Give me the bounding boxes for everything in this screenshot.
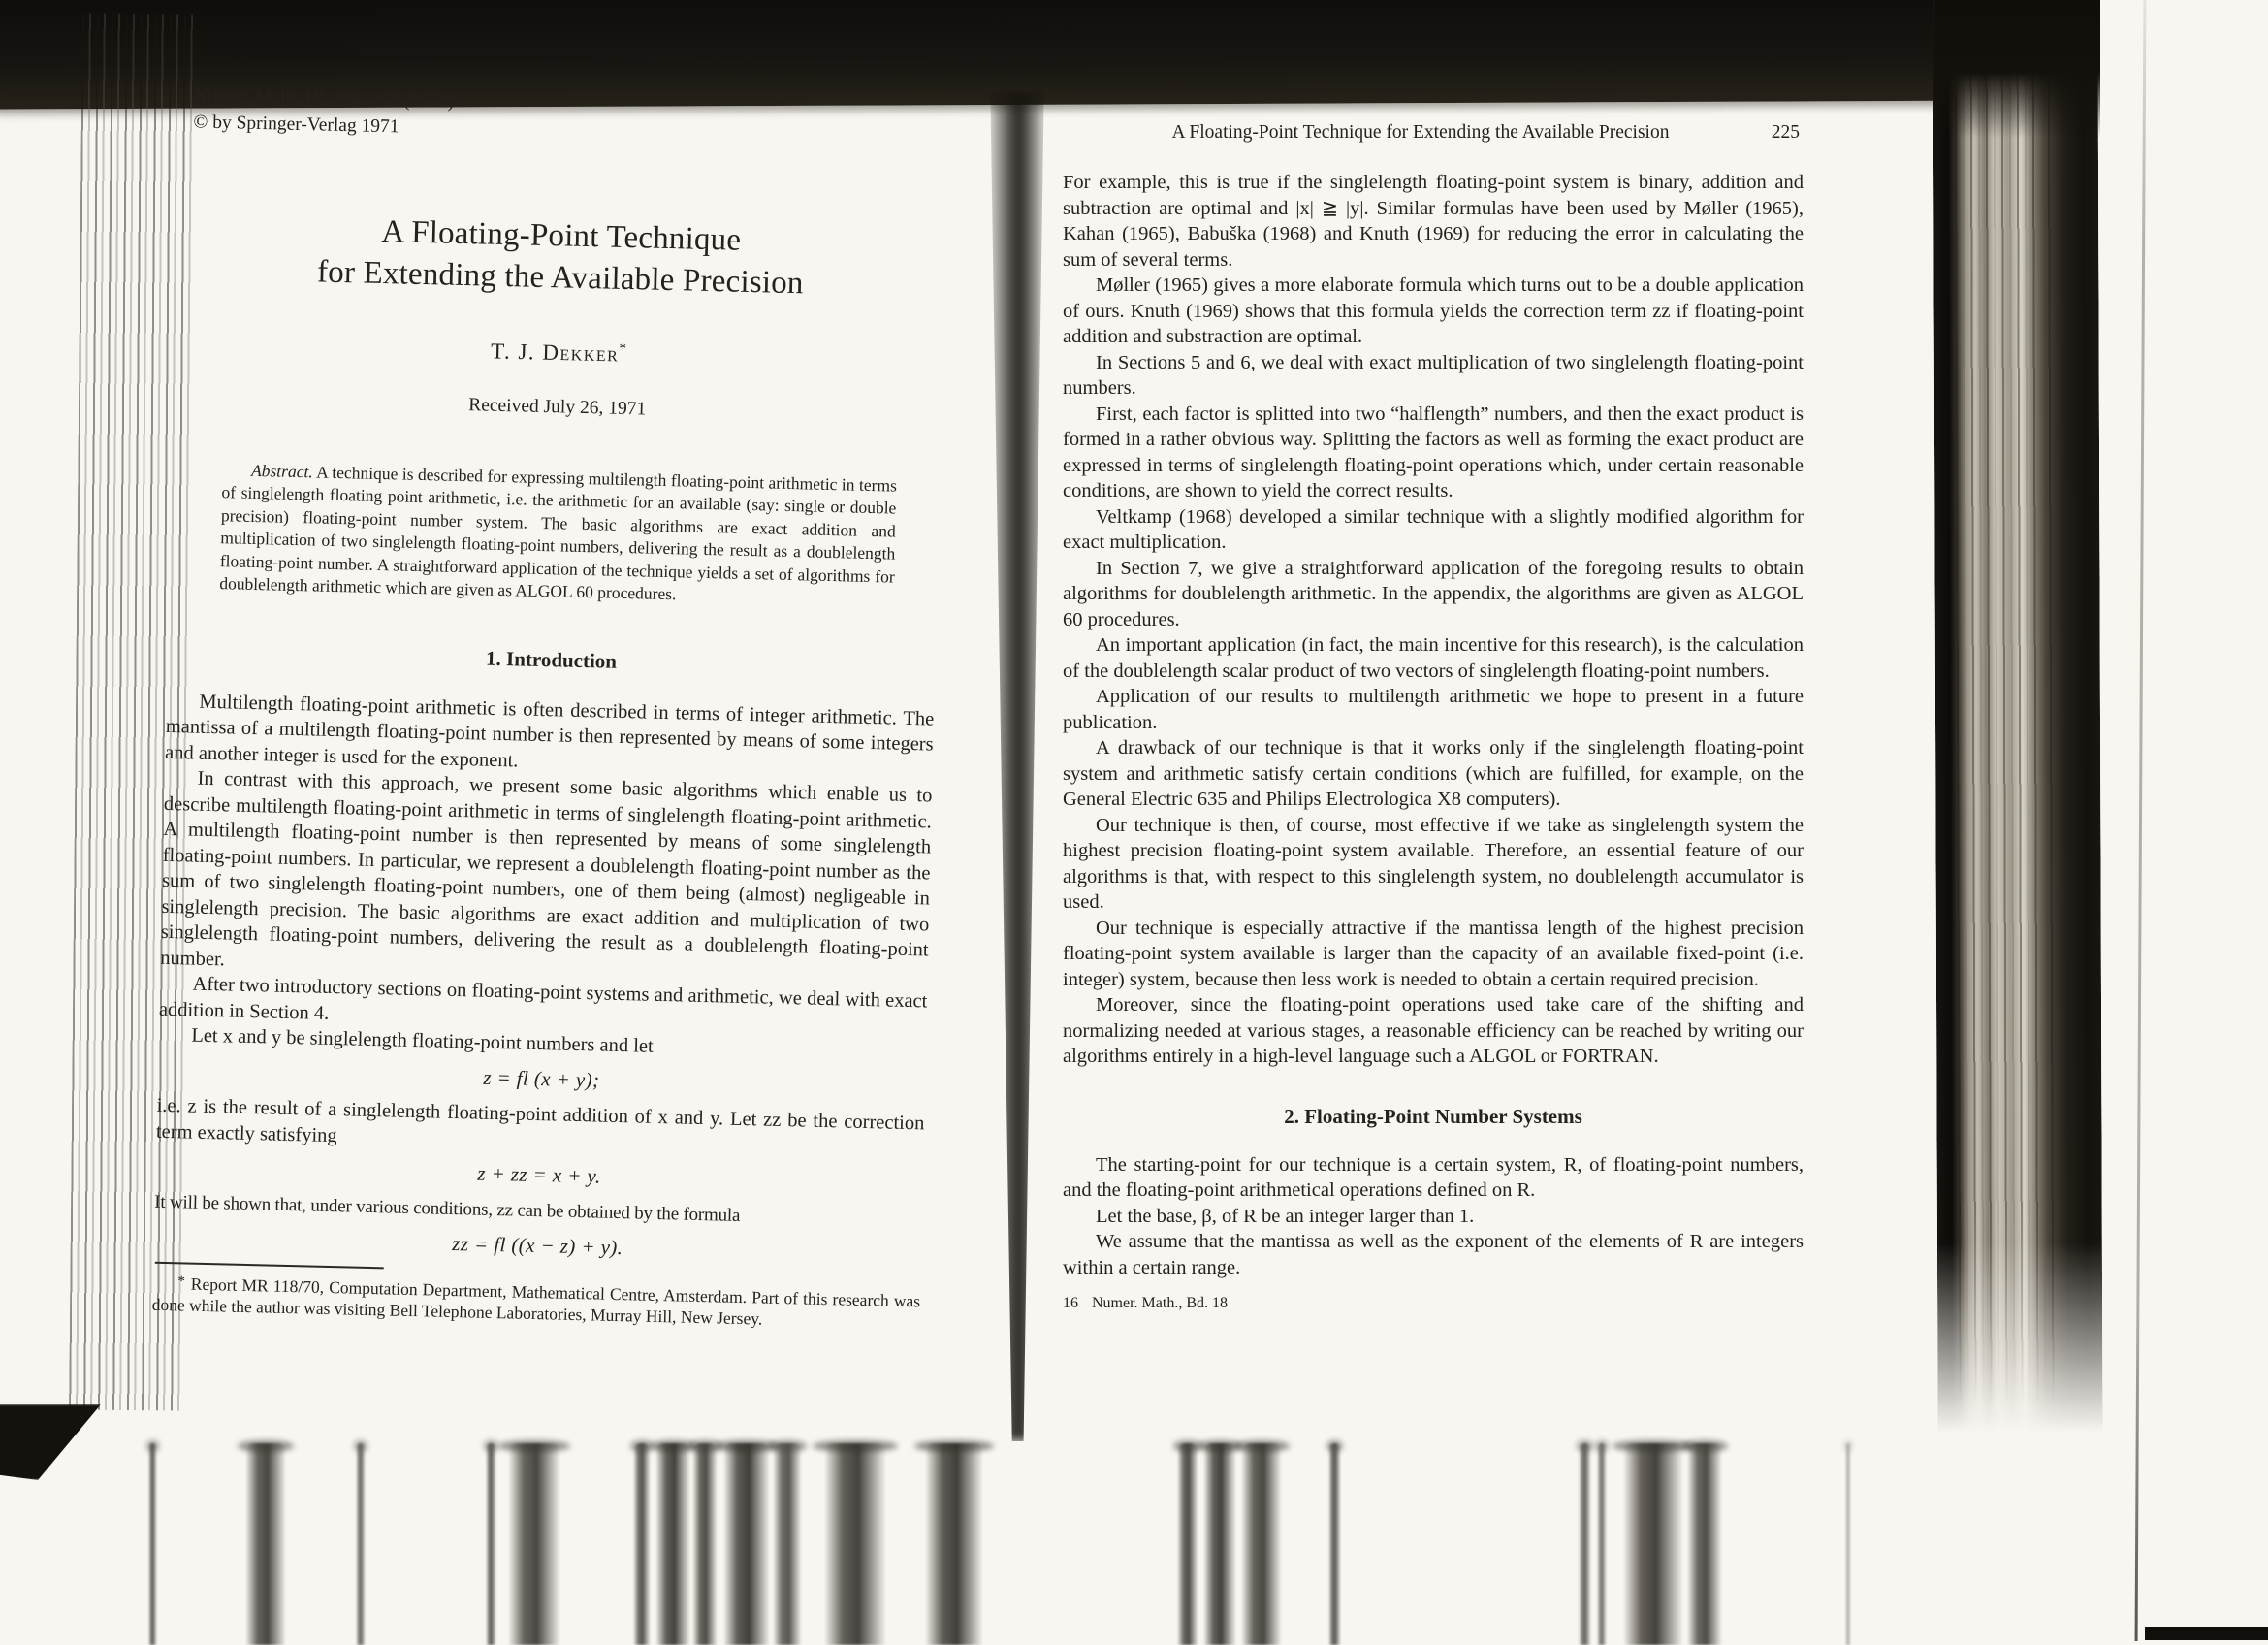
- page-edge-streak: [1845, 1443, 1851, 1645]
- paragraph: In contrast with this approach, we prese…: [160, 765, 933, 989]
- paragraph: For example, this is true if the singlel…: [1063, 170, 1804, 273]
- page-edge-streak: [486, 1443, 496, 1645]
- page-edge-streak: [1623, 1443, 1683, 1645]
- running-head: A Floating-Point Technique for Extending…: [1072, 122, 1769, 144]
- page-edge-streak: [148, 1443, 157, 1645]
- paragraph: A drawback of our technique is that it w…: [1063, 735, 1804, 813]
- bottom-page-edge-streaks: [0, 1443, 2268, 1645]
- page-edge-streak: [925, 1443, 983, 1645]
- paragraph: First, each factor is splitted into two …: [1063, 402, 1804, 504]
- paragraph: Our technique is especially attractive i…: [1063, 916, 1804, 993]
- paragraph: Moreover, since the floating-point opera…: [1063, 992, 1804, 1070]
- page-edge-streak: [1687, 1443, 1722, 1645]
- right-page-edges-cap: [1935, 0, 2100, 138]
- right-page-edges-stripes: [1954, 0, 2056, 1434]
- paragraph: In Section 7, we give a straightforward …: [1063, 556, 1804, 633]
- paragraph: Let the base, β, of R be an integer larg…: [1063, 1204, 1804, 1230]
- journal-reference: Numer. Math. 18, 224–242 (1971) © by Spr…: [193, 82, 948, 152]
- paragraph: Møller (1965) gives a more elaborate for…: [1063, 273, 1804, 350]
- footer-signature: 16: [1063, 1295, 1078, 1311]
- left-page-content: Numer. Math. 18, 224–242 (1971) © by Spr…: [152, 82, 949, 1334]
- page-edge-streak: [723, 1443, 770, 1645]
- section-heading-introduction: 1. Introduction: [167, 639, 935, 682]
- paragraph: We assume that the mantissa as well as t…: [1063, 1229, 1804, 1280]
- book-spine-shadow: [985, 91, 1049, 1441]
- page-edge-streak: [1597, 1443, 1607, 1645]
- footer-journal: Numer. Math., Bd. 18: [1092, 1295, 1228, 1311]
- running-head-title: A Floating-Point Technique for Extending…: [1172, 122, 1670, 143]
- page-edge-streak: [773, 1443, 802, 1645]
- page-edge-streak: [1241, 1443, 1282, 1645]
- page-edge-streak: [1328, 1443, 1341, 1645]
- paragraph: Veltkamp (1968) developed a similar tech…: [1063, 504, 1804, 556]
- scanned-journal-spread: { "colors": { "ink": "#25221d", "paper":…: [0, 0, 2268, 1645]
- footnote: *Report MR 118/70, Computation Departmen…: [152, 1270, 921, 1334]
- page-edge-streak: [1177, 1443, 1198, 1645]
- page-edge-streak: [824, 1443, 886, 1645]
- right-page: A Floating-Point Technique for Extending…: [1063, 122, 1804, 1312]
- page-edge-streak: [508, 1443, 560, 1645]
- page-edge-streak: [1203, 1443, 1236, 1645]
- paragraph: Application of our results to multilengt…: [1063, 684, 1804, 735]
- footnote-block: *Report MR 118/70, Computation Departmen…: [152, 1261, 921, 1334]
- paragraph: In Sections 5 and 6, we deal with exact …: [1063, 350, 1804, 402]
- author-footnote-mark: *: [619, 341, 626, 357]
- abstract-label: Abstract.: [251, 461, 313, 481]
- paragraph: An important application (in fact, the m…: [1063, 632, 1804, 684]
- footnote-text: Report MR 118/70, Computation Department…: [152, 1274, 921, 1328]
- author-name: T. J. Dekker: [491, 339, 620, 366]
- page-edge-streak: [356, 1443, 366, 1645]
- page-edge-streak: [1579, 1443, 1591, 1645]
- left-page: Numer. Math. 18, 224–242 (1971) © by Spr…: [180, 83, 948, 1317]
- page-number: 225: [1772, 122, 1800, 144]
- page-edge-streak: [692, 1443, 718, 1645]
- footnote-mark: *: [177, 1274, 191, 1289]
- received-date: Received July 26, 1971: [174, 388, 942, 428]
- abstract-text: A technique is described for expressing …: [219, 462, 897, 603]
- paragraph: i.e. z is the result of a singlelength f…: [156, 1093, 925, 1163]
- scan-edge-line: [2135, 0, 2147, 1641]
- section-heading-number-systems: 2. Floating-Point Number Systems: [1063, 1105, 1804, 1129]
- page-edge-streak: [633, 1443, 651, 1645]
- abstract: Abstract. A technique is described for e…: [219, 459, 897, 611]
- paragraph: Our technique is then, of course, most e…: [1063, 813, 1804, 916]
- article-title: A Floating-Point Technique for Extending…: [176, 207, 945, 308]
- paragraph: The starting-point for our technique is …: [1063, 1152, 1804, 1204]
- page-edge-streak: [245, 1443, 286, 1645]
- author-line: T. J. Dekker*: [175, 331, 942, 374]
- footnote-rule: [155, 1261, 384, 1269]
- page-footer: 16Numer. Math., Bd. 18: [1063, 1295, 1804, 1312]
- page-edge-streak: [655, 1443, 690, 1645]
